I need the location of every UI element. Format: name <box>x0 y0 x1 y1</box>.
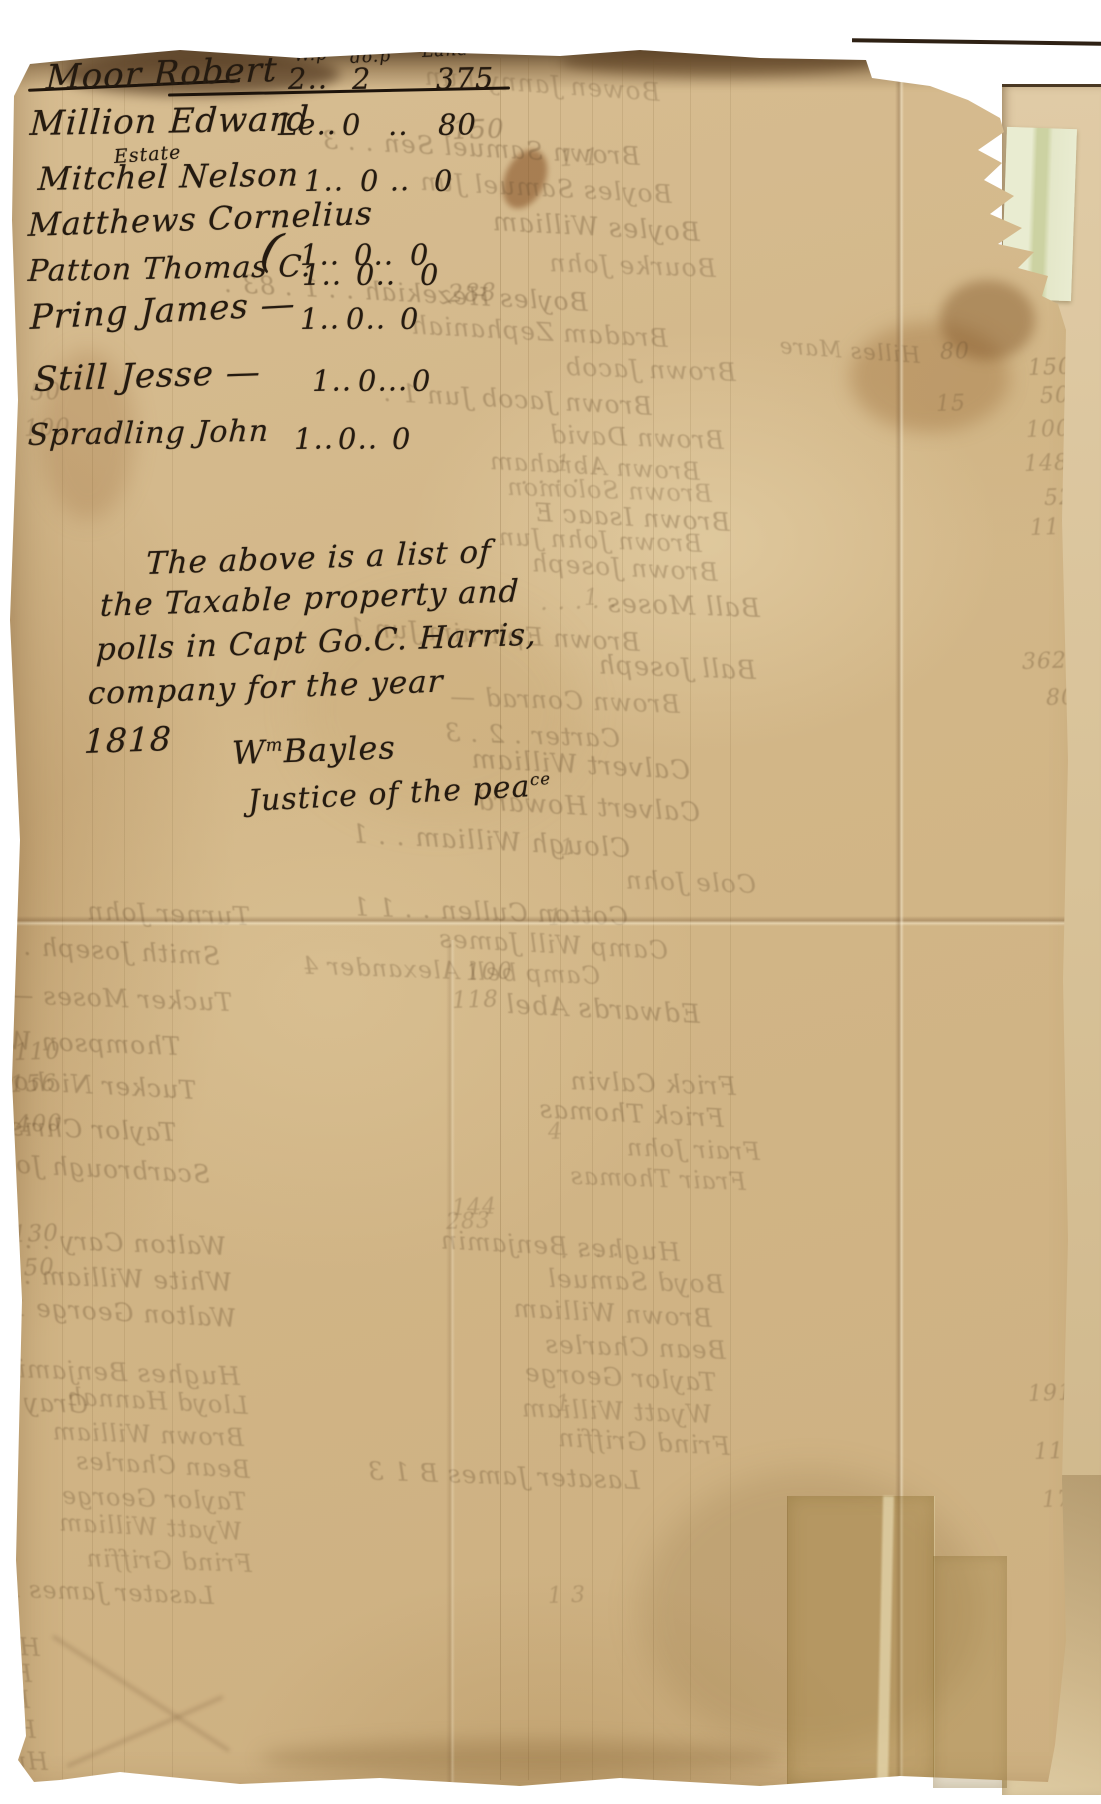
column-header-superscript: d <box>469 40 477 51</box>
tape-shine-highlight <box>877 1496 894 1786</box>
scanned-document-page: Bowen Janny LunBrown Samuel Sen . . 3Boy… <box>0 0 1101 1804</box>
tape-strip-on-second-sheet <box>933 1556 1007 1788</box>
paper-sheet: Bowen Janny LunBrown Samuel Sen . . 3Boy… <box>0 0 1101 1804</box>
second-sheet-top-edge-line <box>852 38 1101 46</box>
edge-vignette <box>0 0 1101 1804</box>
bleedthrough-name-line: Hamer 45 <box>0 112 11 145</box>
bleedthrough-name-line: my 1 18 5 <box>0 146 7 177</box>
tape-strip-bottom <box>787 1496 935 1786</box>
